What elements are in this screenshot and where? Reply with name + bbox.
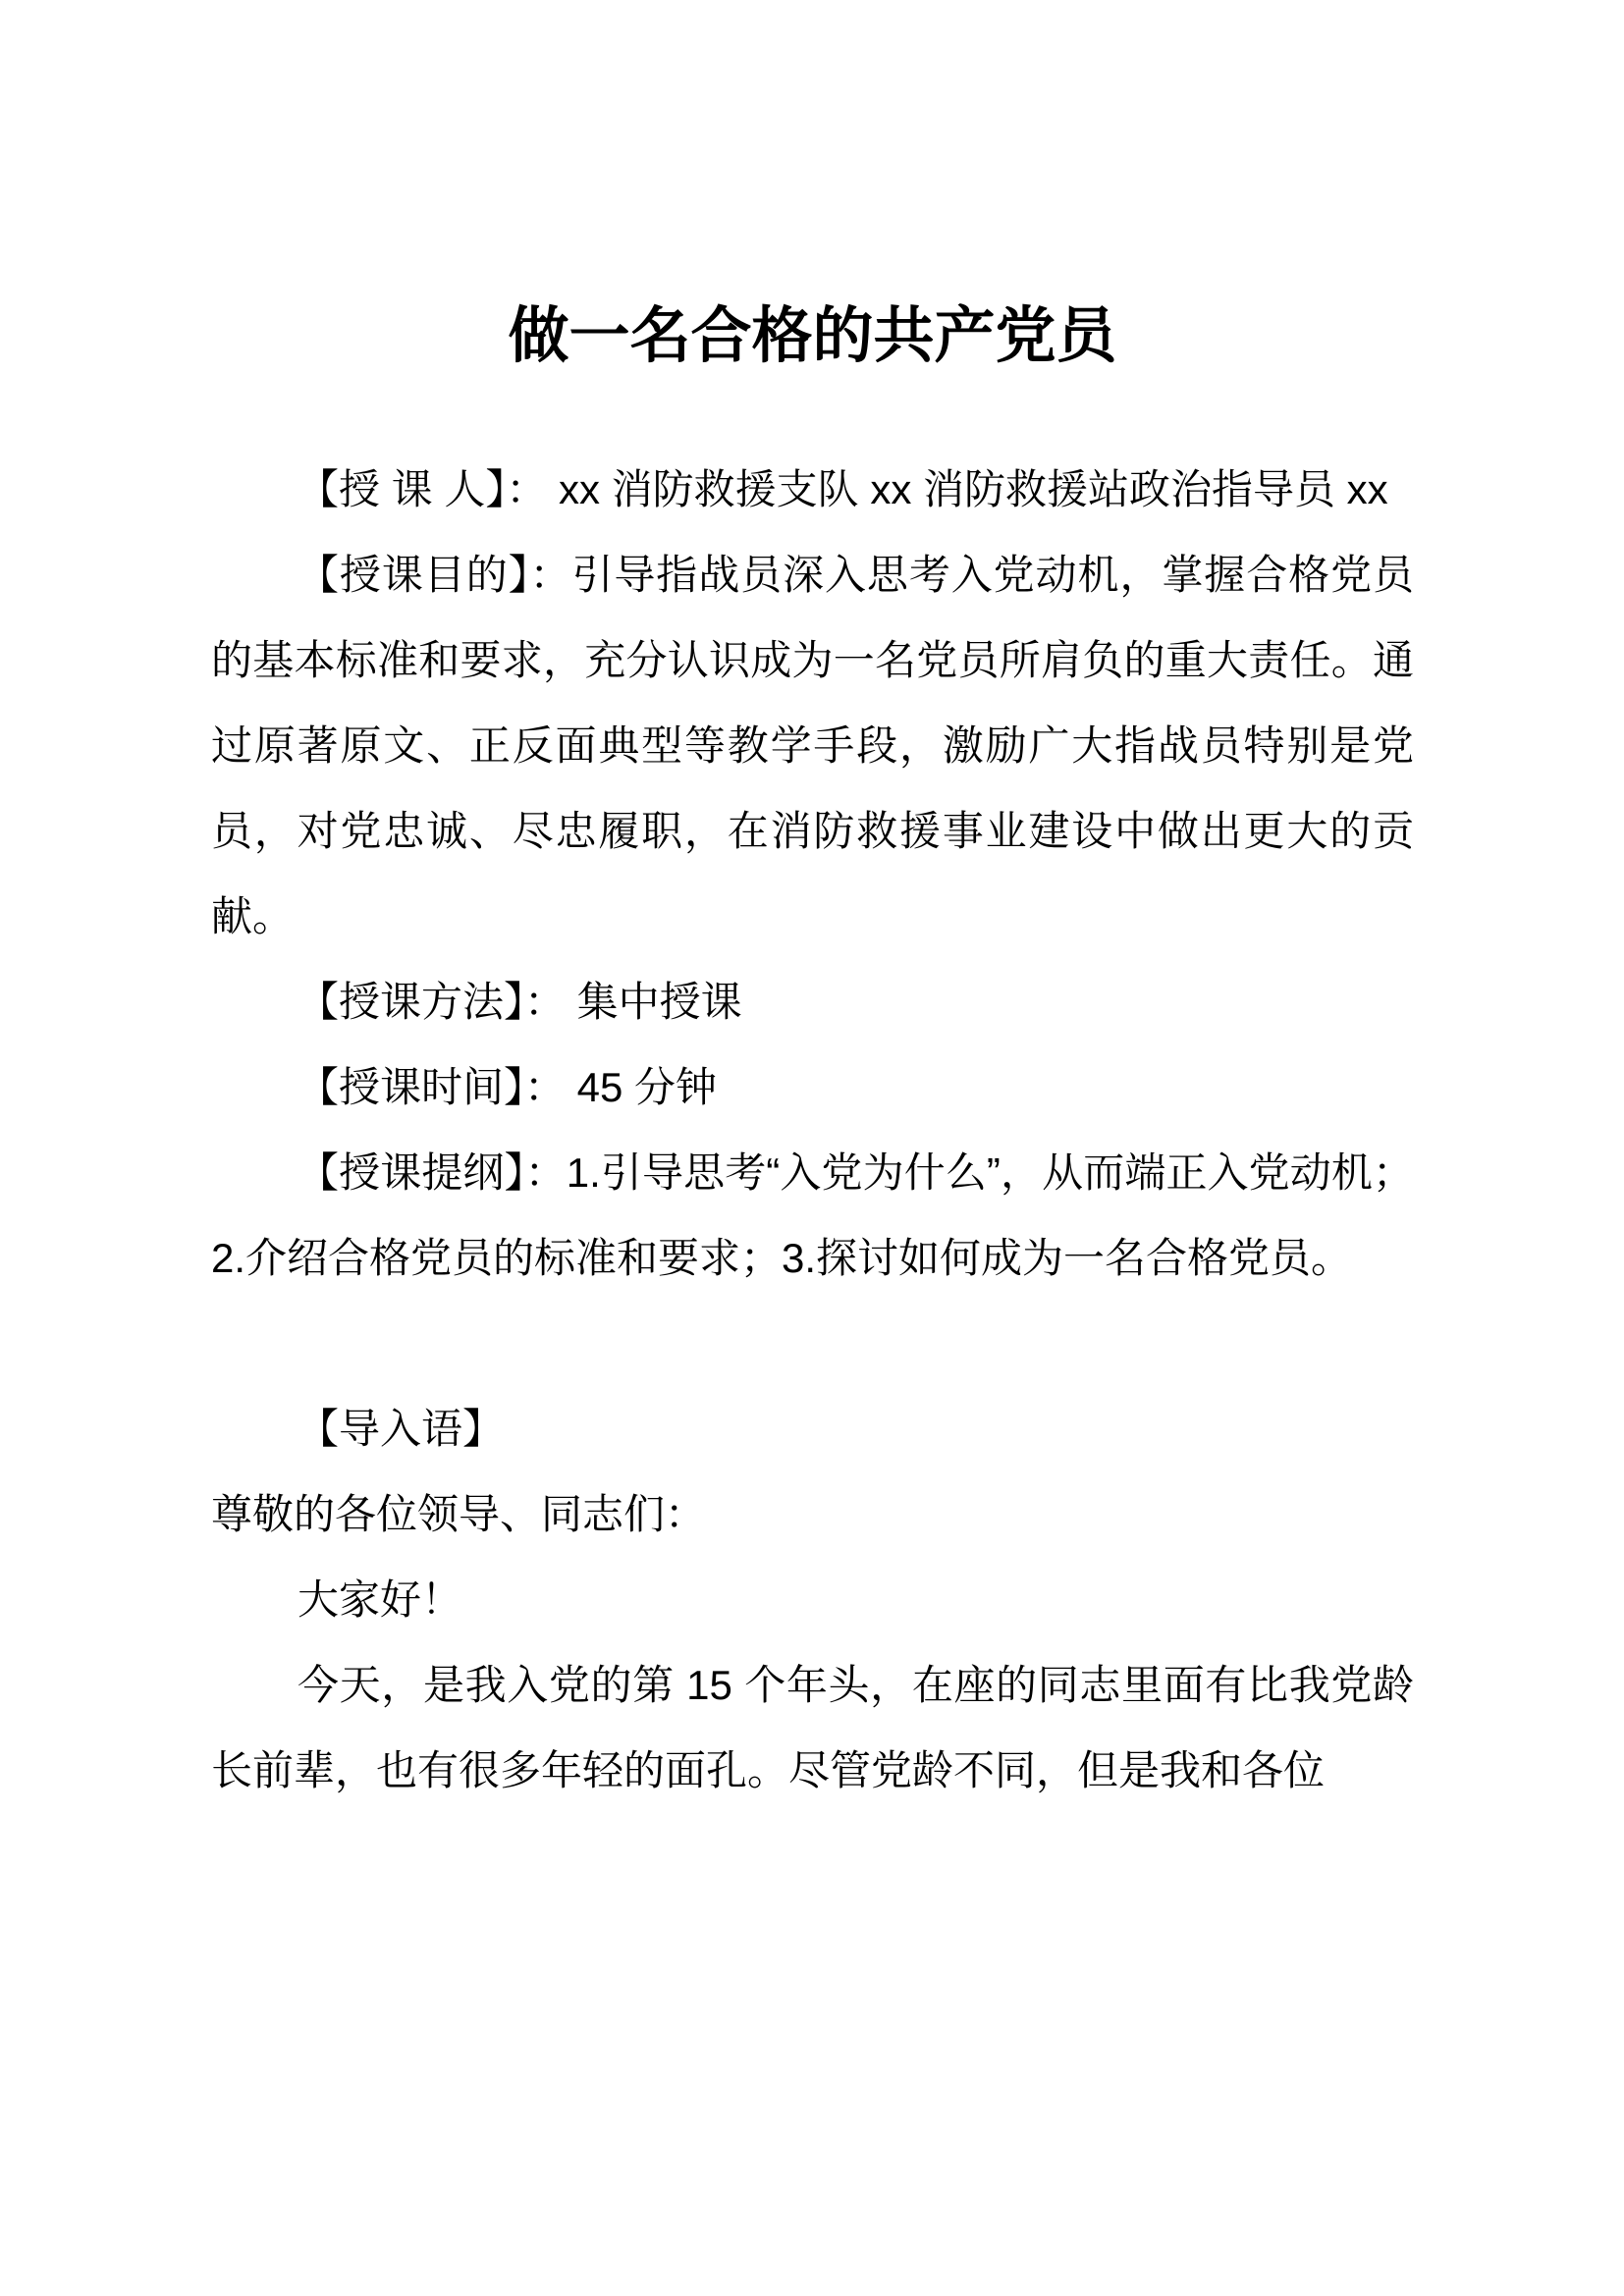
- document-title: 做一名合格的共产党员: [211, 275, 1414, 398]
- paragraph-duration: 【授课时间】： 45 分钟: [211, 1044, 1414, 1130]
- paragraph-intro-heading: 【导入语】: [211, 1386, 1414, 1471]
- paragraph-opening: 今天，是我入党的第 15 个年头，在座的同志里面有比我党龄长前辈，也有很多年轻的…: [211, 1642, 1414, 1813]
- paragraph-greeting: 大家好！: [211, 1557, 1414, 1642]
- paragraph-salutation: 尊敬的各位领导、同志们：: [211, 1471, 1414, 1557]
- paragraph-lecturer: 【授 课 人】： xx 消防救援支队 xx 消防救援站政治指导员 xx: [211, 447, 1414, 532]
- paragraph-purpose: 【授课目的】：引导指战员深入思考入党动机，掌握合格党员的基本标准和要求，充分认识…: [211, 532, 1414, 959]
- blank-line: [211, 1301, 1414, 1386]
- paragraph-outline: 【授课提纲】：1.引导思考“入党为什么”，从而端正入党动机；2.介绍合格党员的标…: [211, 1130, 1414, 1301]
- document-page: 做一名合格的共产党员 【授 课 人】： xx 消防救援支队 xx 消防救援站政治…: [0, 0, 1624, 2296]
- paragraph-method: 【授课方法】： 集中授课: [211, 959, 1414, 1044]
